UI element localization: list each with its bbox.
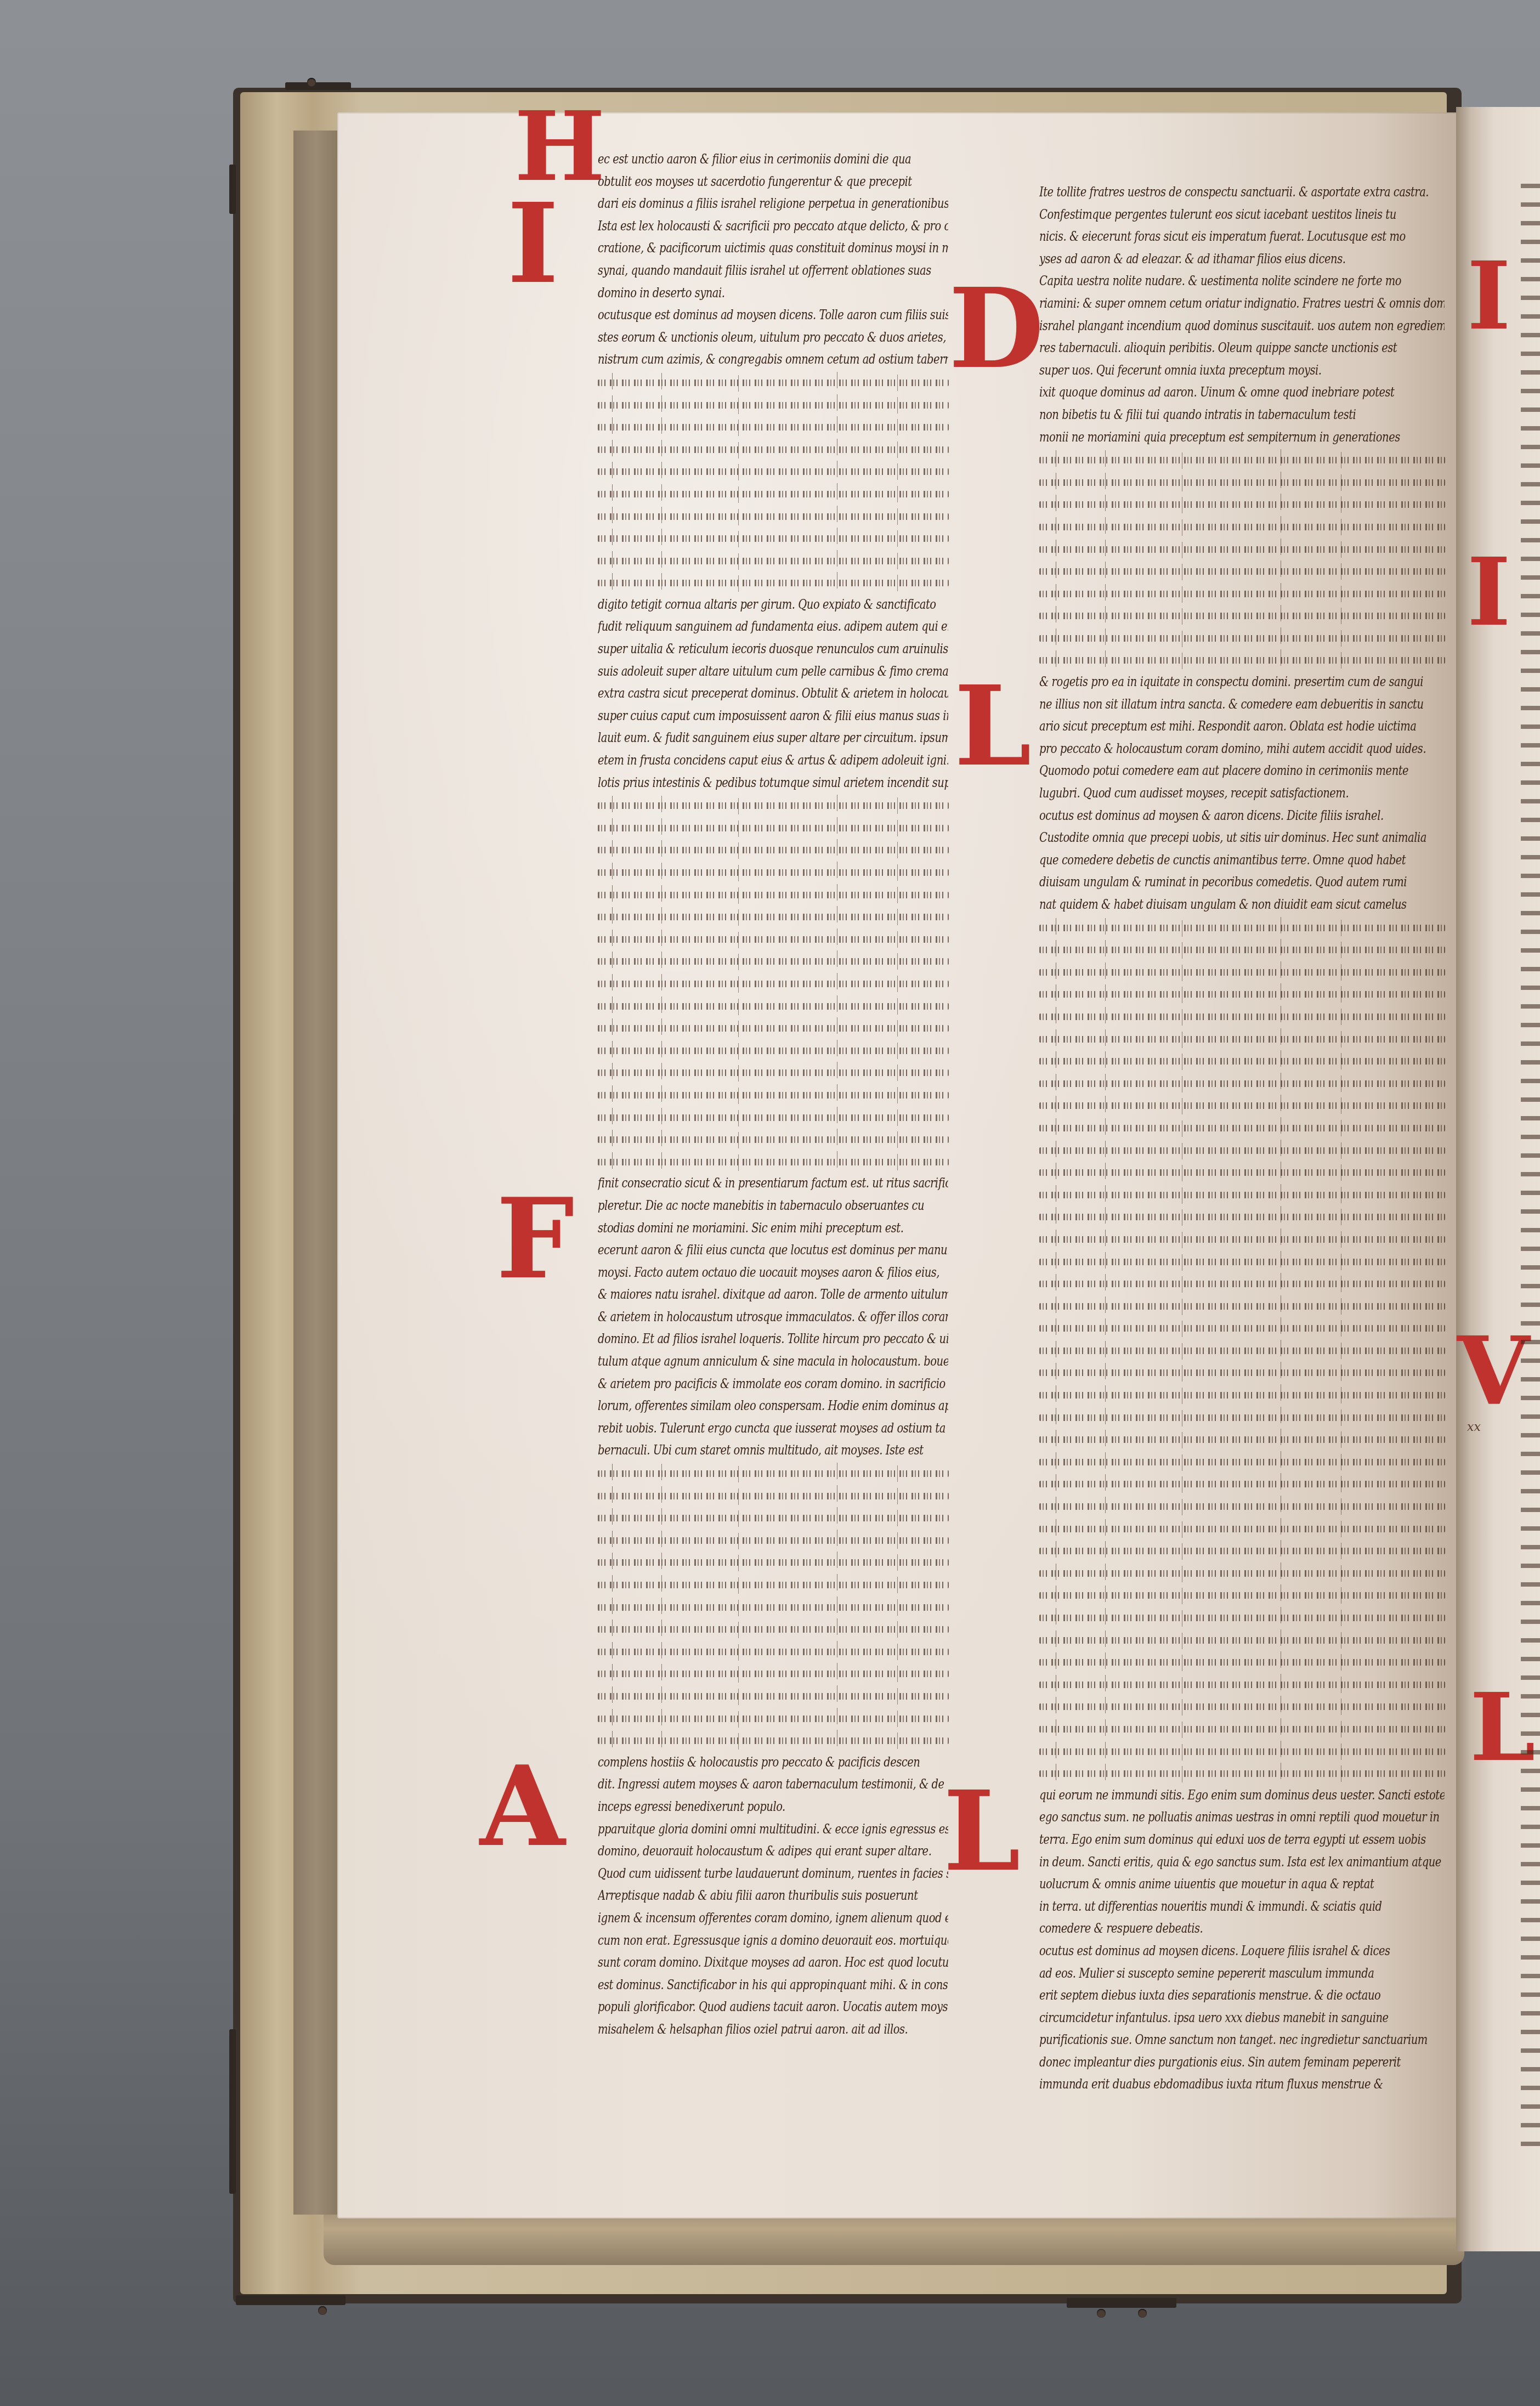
text-line: super cuius caput cum imposuissent aaron… xyxy=(598,705,948,727)
text-line: Quod cum uidissent turbe laudauerunt dom… xyxy=(598,1862,948,1885)
script-line xyxy=(598,1729,949,1751)
script-line xyxy=(598,371,949,393)
text-line: pro peccato & holocaustum coram domino, … xyxy=(1039,738,1445,760)
script-line xyxy=(1039,1450,1445,1473)
script-line xyxy=(1039,1139,1445,1161)
script-line xyxy=(598,1506,949,1528)
script-line xyxy=(598,415,949,438)
text-line: dit. Ingressi autem moyses & aaron taber… xyxy=(598,1773,948,1796)
text-line: Ite tollite fratres uestros de conspectu… xyxy=(1039,181,1445,203)
script-line xyxy=(598,438,949,460)
text-line: erit septem diebus iuxta dies separation… xyxy=(1039,1984,1445,2007)
text-line: que comedere debetis de cunctis animanti… xyxy=(1039,849,1445,871)
script-line xyxy=(598,1150,949,1173)
marginal-note: xx xyxy=(1467,1420,1481,1434)
script-line xyxy=(598,1573,949,1595)
text-line: in terra. ut differentias noueritis mund… xyxy=(1039,1895,1445,1918)
script-line xyxy=(598,861,949,883)
script-line xyxy=(1039,982,1445,1005)
initial-F: F xyxy=(496,1185,574,1294)
script-line xyxy=(1039,1361,1445,1383)
text-line: res tabernaculi. alioquin peribitis. Ole… xyxy=(1039,337,1445,359)
script-line xyxy=(1039,1205,1445,1227)
script-line xyxy=(1039,1494,1445,1517)
script-line xyxy=(598,949,949,972)
initial-A: A xyxy=(480,1752,565,1862)
text-line: nat quidem & habet diuisam ungulam & non… xyxy=(1039,893,1445,916)
script-line xyxy=(1039,1428,1445,1450)
text-line: ecerunt aaron & filii eius cuncta que lo… xyxy=(598,1239,948,1261)
text-line: purificationis sue. Omne sanctum non tan… xyxy=(1039,2029,1445,2051)
script-line xyxy=(1039,626,1445,649)
rivet xyxy=(1138,2309,1147,2318)
rivet xyxy=(1097,2309,1106,2318)
script-line xyxy=(598,460,949,482)
script-line xyxy=(598,527,949,549)
script-line xyxy=(1039,448,1445,471)
facing-initial-I-mid: I xyxy=(1467,546,1511,639)
text-line: & arietem pro pacificis & immolate eos c… xyxy=(598,1373,948,1395)
text-line: moysi. Facto autem octauo die uocauit mo… xyxy=(598,1261,948,1284)
text-line: ocutusque est dominus ad moysen dicens. … xyxy=(598,304,948,326)
text-line: inceps egressi benedixerunt populo. xyxy=(598,1796,948,1818)
script-line xyxy=(598,1039,949,1061)
text-line: riamini: & super omnem cetum oriatur ind… xyxy=(1039,292,1445,315)
text-line: terra. Ego enim sum dominus qui eduxi uo… xyxy=(1039,1828,1445,1851)
script-line xyxy=(1039,1472,1445,1494)
script-line xyxy=(1039,1628,1445,1651)
facing-text-block xyxy=(1521,184,1540,2158)
text-line: cum non erat. Egressusque ignis a domino… xyxy=(598,1929,948,1952)
text-line: & rogetis pro ea in iquitate in conspect… xyxy=(1039,671,1445,693)
script-line xyxy=(1039,1383,1445,1406)
script-line xyxy=(598,1528,949,1551)
script-line xyxy=(1039,1049,1445,1072)
text-line: israhel plangant incendium quod dominus … xyxy=(1039,315,1445,337)
metal-clasp-bottom-right xyxy=(1067,2298,1176,2308)
script-line xyxy=(1039,1160,1445,1183)
initial-I: I xyxy=(507,189,559,299)
script-line xyxy=(598,927,949,950)
script-line xyxy=(598,1662,949,1684)
text-column-left: ec est unctio aaron & filior eius in cer… xyxy=(598,148,949,2040)
text-line: lugubri. Quod cum audisset moyses, recep… xyxy=(1039,782,1445,805)
text-line: super uos. Qui fecerunt omnia iuxta prec… xyxy=(1039,359,1445,382)
script-line xyxy=(1039,604,1445,626)
script-line xyxy=(598,393,949,416)
script-line xyxy=(598,549,949,571)
script-line xyxy=(1039,1005,1445,1027)
script-line xyxy=(598,482,949,505)
text-line: yses ad aaron & ad eleazar. & ad ithamar… xyxy=(1039,248,1445,270)
rivet xyxy=(318,2306,327,2315)
script-line xyxy=(1039,537,1445,560)
text-line: nistrum cum azimis, & congregabis omnem … xyxy=(598,348,948,371)
text-line: ad eos. Mulier si suscepto semine pepere… xyxy=(1039,1962,1445,1985)
script-line xyxy=(1039,1583,1445,1606)
text-line: populi glorificabor. Quod audiens tacuit… xyxy=(598,1996,948,2018)
initial-L-middle: L xyxy=(954,672,1032,782)
text-line: ne illius non sit illatum intra sancta. … xyxy=(1039,693,1445,716)
script-line xyxy=(1039,471,1445,493)
script-line xyxy=(598,883,949,905)
script-line xyxy=(1039,1606,1445,1628)
script-line xyxy=(1039,1561,1445,1584)
script-line xyxy=(598,1707,949,1729)
script-line xyxy=(598,1550,949,1573)
text-line: ignem & incensum offerentes coram domino… xyxy=(598,1907,948,1929)
metal-clasp-left-lower xyxy=(229,2029,236,2194)
script-line xyxy=(598,905,949,927)
text-line: qui eorum ne immundi sitis. Ego enim sum… xyxy=(1039,1784,1445,1807)
text-line: ec est unctio aaron & filior eius in cer… xyxy=(598,148,948,171)
text-line: lotis prius intestinis & pedibus totumqu… xyxy=(598,772,948,794)
text-line: tulum atque agnum anniculum & sine macul… xyxy=(598,1350,948,1373)
text-line: ocutus est dominus ad moysen dicens. Loq… xyxy=(1039,1940,1445,1962)
text-line: digito tetigit cornua altaris per girum.… xyxy=(598,593,948,616)
script-line xyxy=(598,1061,949,1083)
text-line: comedere & respuere debeatis. xyxy=(1039,1917,1445,1940)
text-line: lauit eum. & fudit sanguinem eius super … xyxy=(598,727,948,749)
script-line xyxy=(1039,492,1445,515)
script-line xyxy=(1039,1072,1445,1094)
script-line xyxy=(598,1128,949,1150)
script-line xyxy=(598,794,949,816)
script-line xyxy=(1039,1294,1445,1317)
text-line: suis adoleuit super altare uitulum cum p… xyxy=(598,660,948,683)
text-line: Capita uestra nolite nudare. & uestiment… xyxy=(1039,270,1445,292)
script-line xyxy=(598,1484,949,1507)
script-line xyxy=(1039,1272,1445,1294)
script-line xyxy=(1039,1717,1445,1740)
script-line xyxy=(598,838,949,861)
script-line xyxy=(1039,1406,1445,1428)
text-line: obtulit eos moyses ut sacerdotio fungere… xyxy=(598,171,948,193)
script-line xyxy=(1039,1650,1445,1673)
script-line xyxy=(1039,648,1445,671)
script-line xyxy=(598,1106,949,1128)
script-line xyxy=(1039,938,1445,960)
text-line: domino. Et ad filios israhel loqueris. T… xyxy=(598,1328,948,1350)
script-line xyxy=(1039,916,1445,938)
text-line: non bibetis tu & filii tui quando intrat… xyxy=(1039,404,1445,426)
text-line: in deum. Sancti eritis, quia & ego sanct… xyxy=(1039,1851,1445,1873)
text-line: stodias domini ne moriamini. Sic enim mi… xyxy=(598,1217,948,1239)
text-line: ego sanctus sum. ne polluatis animas ues… xyxy=(1039,1806,1445,1828)
text-line: Quomodo potui comedere eam aut placere d… xyxy=(1039,760,1445,782)
text-line: Custodite omnia que precepi uobis, ut si… xyxy=(1039,826,1445,849)
script-line xyxy=(1039,1227,1445,1250)
text-line: diuisam ungulam & ruminat in pecoribus c… xyxy=(1039,871,1445,893)
text-line: fudit reliquum sanguinem ad fundamenta e… xyxy=(598,615,948,638)
text-line: nicis. & eiecerunt foras sicut eis imper… xyxy=(1039,225,1445,248)
text-line: monii ne moriamini quia preceptum est se… xyxy=(1039,426,1445,449)
metal-clasp-top-left xyxy=(285,82,351,90)
script-line xyxy=(1039,1762,1445,1784)
text-line: & maiores natu israhel. dixitque ad aaro… xyxy=(598,1283,948,1306)
script-line xyxy=(1039,1027,1445,1050)
script-line xyxy=(1039,515,1445,537)
text-line: & arietem in holocaustum utrosque immacu… xyxy=(598,1306,948,1328)
text-line: extra castra sicut preceperat dominus. O… xyxy=(598,682,948,705)
text-line: cratione, & pacificorum uictimis quas co… xyxy=(598,237,948,259)
script-line xyxy=(1039,1539,1445,1561)
initial-L-bottom: L xyxy=(943,1777,1021,1887)
script-line xyxy=(598,1595,949,1618)
script-line xyxy=(598,1083,949,1106)
script-line xyxy=(598,1016,949,1039)
script-line xyxy=(1039,1517,1445,1539)
script-line xyxy=(1039,582,1445,604)
text-line: pparuitque gloria domini omni multitudin… xyxy=(598,1818,948,1841)
text-line: Arreptisque nadab & abiu filii aaron thu… xyxy=(598,1884,948,1907)
script-line xyxy=(1039,1250,1445,1272)
facing-initial-V: V xyxy=(1457,1324,1530,1418)
script-line xyxy=(1039,1316,1445,1339)
text-line: est dominus. Sanctificabor in his qui ap… xyxy=(598,1974,948,1996)
script-line xyxy=(1039,1094,1445,1116)
text-line: circumcidetur infantulus. ipsa uero xxx … xyxy=(1039,2007,1445,2029)
text-line: Ista est lex holocausti & sacrificii pro… xyxy=(598,215,948,237)
text-line: uolucrum & omnis anime uiuentis que moue… xyxy=(1039,1873,1445,1895)
script-line xyxy=(598,972,949,994)
script-line xyxy=(598,571,949,593)
text-line: ario sicut preceptum est mihi. Respondit… xyxy=(1039,715,1445,738)
text-line: finit consecratio sicut & in presentiaru… xyxy=(598,1172,948,1194)
text-line: complens hostiis & holocaustis pro pecca… xyxy=(598,1751,948,1774)
script-line xyxy=(598,1617,949,1640)
text-line: stes eorum & unctionis oleum, uitulum pr… xyxy=(598,326,948,349)
script-line xyxy=(1039,960,1445,983)
text-line: super uitalia & reticulum iecoris duosqu… xyxy=(598,638,948,660)
metal-clasp-left xyxy=(229,165,236,214)
text-line: domino in deserto synai. xyxy=(598,282,948,304)
script-line xyxy=(1039,1673,1445,1695)
text-line: lorum, offerentes similam oleo conspersa… xyxy=(598,1395,948,1417)
binding-strip xyxy=(293,131,337,2215)
text-line: sunt coram domino. Dixitque moyses ad aa… xyxy=(598,1951,948,1974)
script-line xyxy=(1039,559,1445,582)
text-line: synai, quando mandauit filiis israhel ut… xyxy=(598,259,948,282)
script-line xyxy=(598,1684,949,1707)
script-line xyxy=(598,1462,949,1484)
script-line xyxy=(598,1640,949,1662)
script-line xyxy=(598,816,949,839)
script-line xyxy=(1039,1339,1445,1361)
text-line: etem in frusta concidens caput eius & ar… xyxy=(598,749,948,772)
text-line: dari eis dominus a filiis israhel religi… xyxy=(598,193,948,215)
text-line: ocutus est dominus ad moysen & aaron dic… xyxy=(1039,805,1445,827)
metal-clasp-bottom-left xyxy=(236,2295,346,2305)
text-line: donec impleantur dies purgationis eius. … xyxy=(1039,2051,1445,2074)
facing-initial-I-top: I xyxy=(1467,250,1511,343)
script-line xyxy=(598,994,949,1017)
initial-D: D xyxy=(949,274,1044,384)
text-line: Confestimque pergentes tulerunt eos sicu… xyxy=(1039,203,1445,226)
text-line: domino, deuorauit holocaustum & adipes q… xyxy=(598,1840,948,1862)
text-line: rebit uobis. Tulerunt ergo cuncta que iu… xyxy=(598,1417,948,1440)
script-line xyxy=(1039,1695,1445,1717)
script-line xyxy=(598,505,949,527)
text-line: immunda erit duabus ebdomadibus iuxta ri… xyxy=(1039,2073,1445,2096)
text-line: ixit quoque dominus ad aaron. Uinum & om… xyxy=(1039,381,1445,404)
facing-page: I I V L xx xyxy=(1456,107,1540,2251)
rivet xyxy=(307,78,316,87)
text-line: bernaculi. Ubi cum staret omnis multitud… xyxy=(598,1439,948,1462)
text-line: pleretur. Die ac nocte manebitis in tabe… xyxy=(598,1194,948,1217)
script-line xyxy=(1039,1116,1445,1139)
text-line: misahelem & helsaphan filios oziel patru… xyxy=(598,2018,948,2041)
script-line xyxy=(1039,1740,1445,1762)
script-line xyxy=(1039,1183,1445,1205)
text-column-right: Ite tollite fratres uestros de conspectu… xyxy=(1039,181,1445,2096)
